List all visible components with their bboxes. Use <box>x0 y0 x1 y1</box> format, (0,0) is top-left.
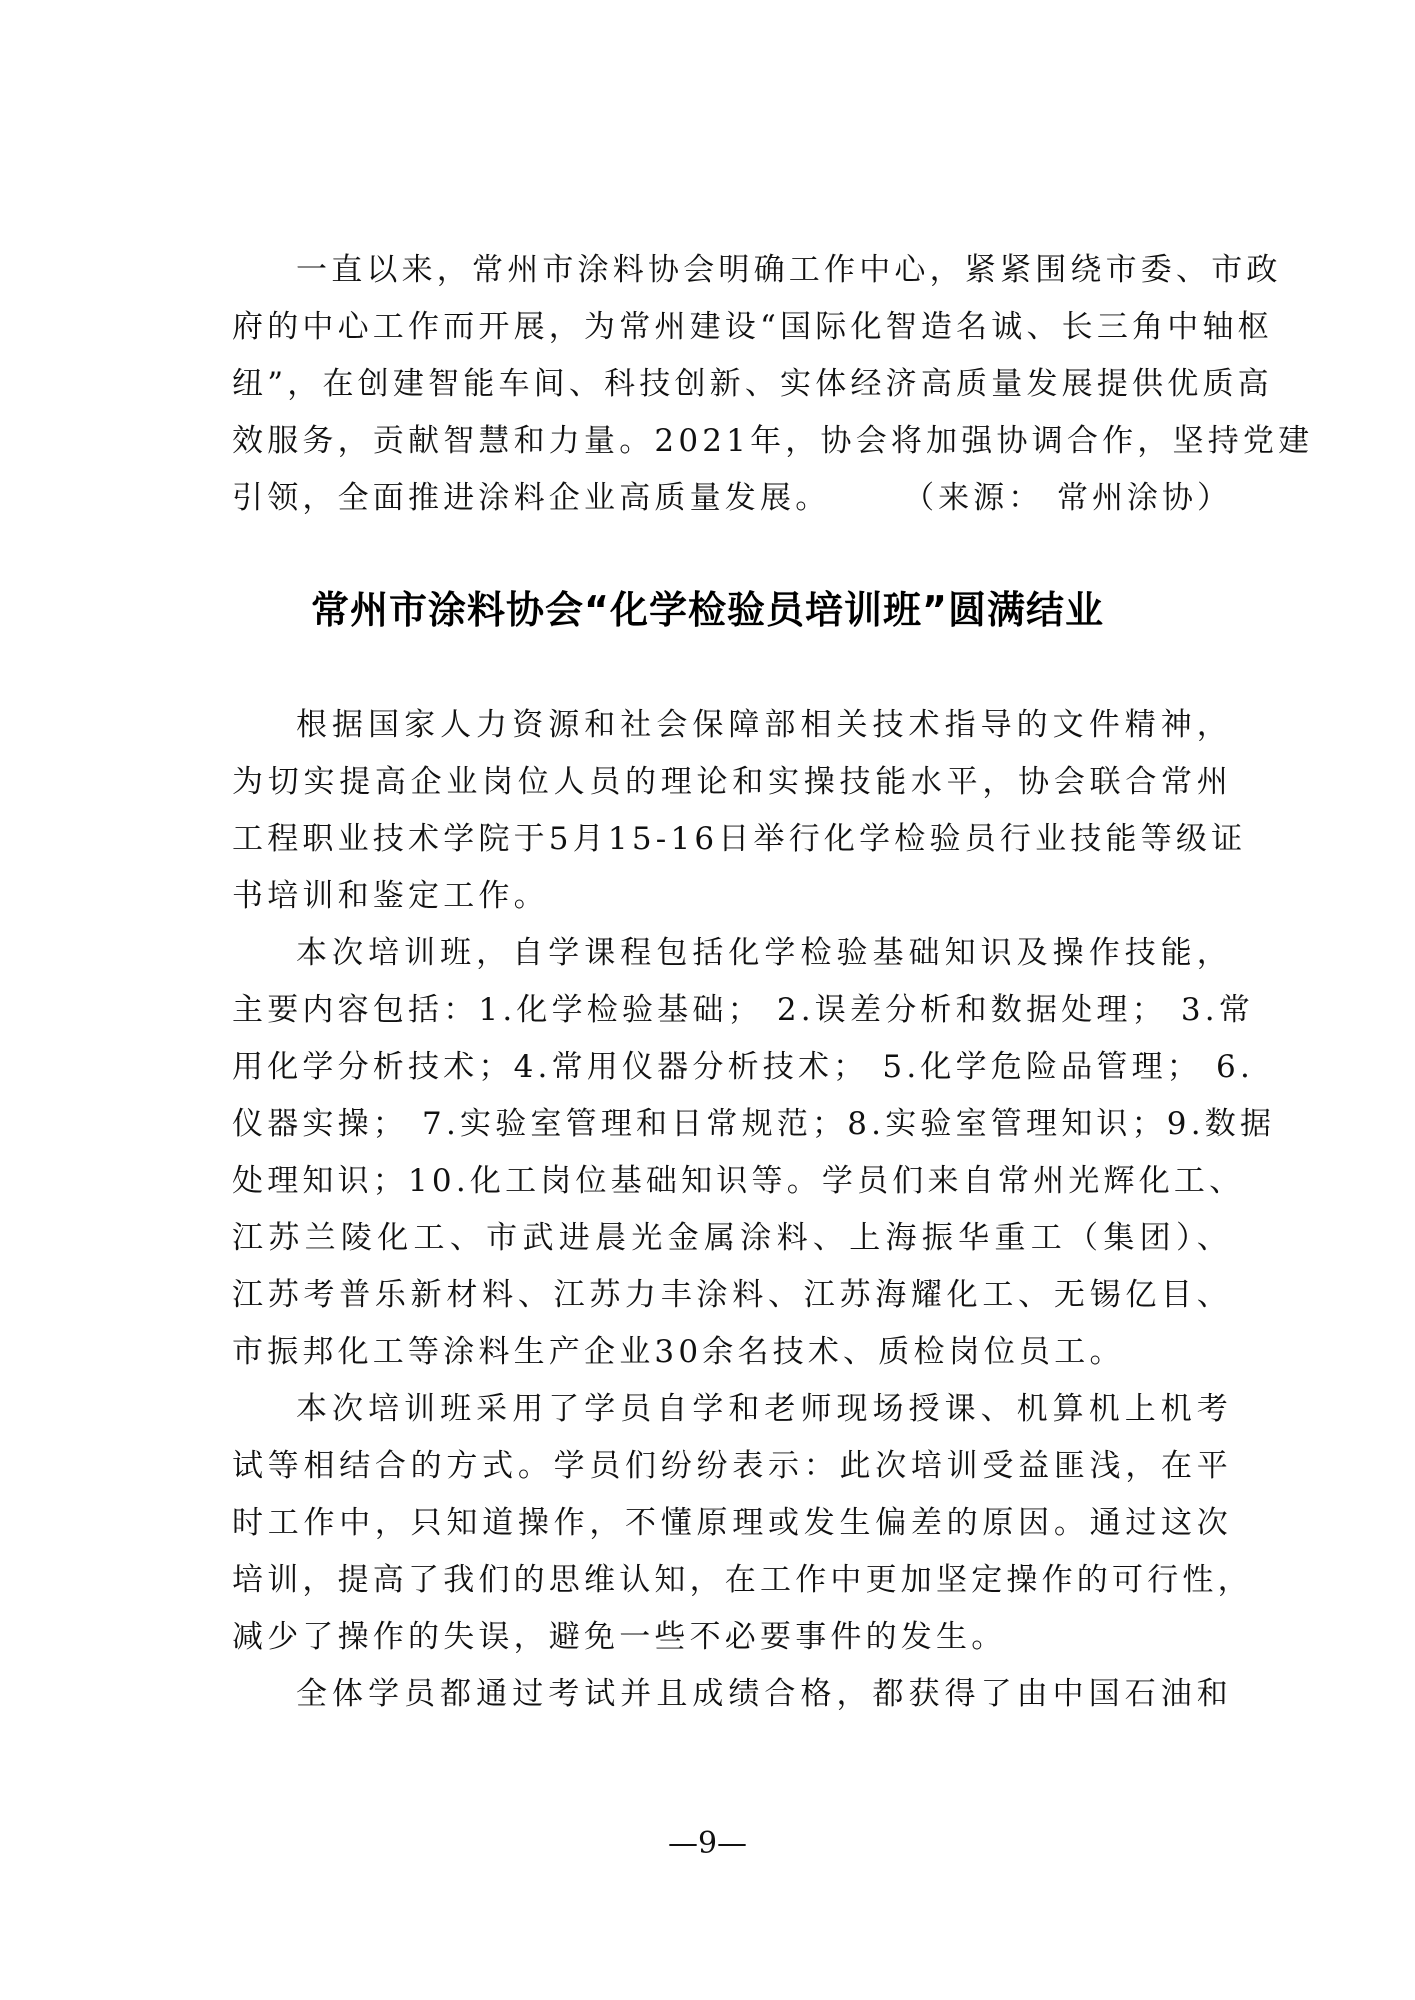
text-line: 减少了操作的失误，避免一些不必要事件的发生。 <box>232 1609 1232 1666</box>
document-page: 一直以来，常州市涂料协会明确工作中心，紧紧围绕市委、市政 府的中心工作而开展，为… <box>0 0 1415 2000</box>
text-line: 本次培训班采用了学员自学和老师现场授课、机算机上机考 <box>232 1381 1232 1438</box>
text-line: 用化学分析技术；4.常用仪器分析技术； 5.化学危险品管理； 6. <box>232 1039 1232 1096</box>
text-line: 书培训和鉴定工作。 <box>232 868 1232 925</box>
article-paragraph-1: 根据国家人力资源和社会保障部相关技术指导的文件精神， 为切实提高企业岗位人员的理… <box>232 697 1232 925</box>
text-line: 工程职业技术学院于5月15-16日举行化学检验员行业技能等级证 <box>232 811 1232 868</box>
text-line: 试等相结合的方式。学员们纷纷表示：此次培训受益匪浅，在平 <box>232 1438 1232 1495</box>
text-line: 培训，提高了我们的思维认知，在工作中更加坚定操作的可行性， <box>232 1552 1232 1609</box>
text-line: 本次培训班，自学课程包括化学检验基础知识及操作技能， <box>232 925 1232 982</box>
text-line: 全体学员都通过考试并且成绩合格，都获得了由中国石油和 <box>232 1666 1232 1723</box>
article-paragraph-3: 本次培训班采用了学员自学和老师现场授课、机算机上机考 试等相结合的方式。学员们纷… <box>232 1381 1232 1666</box>
text-line: 效服务，贡献智慧和力量。2021年，协会将加强协调合作，坚持党建 <box>232 413 1232 470</box>
text-line: 处理知识；10.化工岗位基础知识等。学员们来自常州光辉化工、 <box>232 1153 1232 1210</box>
text-line: 引领，全面推进涂料企业高质量发展。 （来源： 常州涂协） <box>232 470 1232 527</box>
text-line: 仪器实操； 7.实验室管理和日常规范；8.实验室管理知识；9.数据 <box>232 1096 1232 1153</box>
source-attribution: （来源： 常州涂协） <box>903 470 1232 527</box>
article-paragraph-4: 全体学员都通过考试并且成绩合格，都获得了由中国石油和 <box>232 1666 1232 1723</box>
text-line: 一直以来，常州市涂料协会明确工作中心，紧紧围绕市委、市政 <box>232 242 1232 299</box>
page-number: —9— <box>0 1826 1415 1862</box>
text-line: 时工作中，只知道操作，不懂原理或发生偏差的原因。通过这次 <box>232 1495 1232 1552</box>
text-line: 纽”，在创建智能车间、科技创新、实体经济高质量发展提供优质高 <box>232 356 1232 413</box>
text-line: 市振邦化工等涂料生产企业30余名技术、质检岗位员工。 <box>232 1324 1232 1381</box>
text-line: 为切实提高企业岗位人员的理论和实操技能水平，协会联合常州 <box>232 754 1232 811</box>
intro-paragraph: 一直以来，常州市涂料协会明确工作中心，紧紧围绕市委、市政 府的中心工作而开展，为… <box>232 242 1232 527</box>
text-line: 根据国家人力资源和社会保障部相关技术指导的文件精神， <box>232 697 1232 754</box>
text-line: 主要内容包括：1.化学检验基础； 2.误差分析和数据处理； 3.常 <box>232 982 1232 1039</box>
text-line: 府的中心工作而开展，为常州建设“国际化智造名诚、长三角中轴枢 <box>232 299 1232 356</box>
text-line-content: 引领，全面推进涂料企业高质量发展。 <box>232 480 830 516</box>
article-paragraph-2: 本次培训班，自学课程包括化学检验基础知识及操作技能， 主要内容包括：1.化学检验… <box>232 925 1232 1381</box>
article-title: 常州市涂料协会“化学检验员培训班”圆满结业 <box>0 580 1415 640</box>
text-line: 江苏兰陵化工、市武进晨光金属涂料、上海振华重工（集团）、 <box>232 1210 1232 1267</box>
text-line: 江苏考普乐新材料、江苏力丰涂料、江苏海耀化工、无锡亿目、 <box>232 1267 1232 1324</box>
